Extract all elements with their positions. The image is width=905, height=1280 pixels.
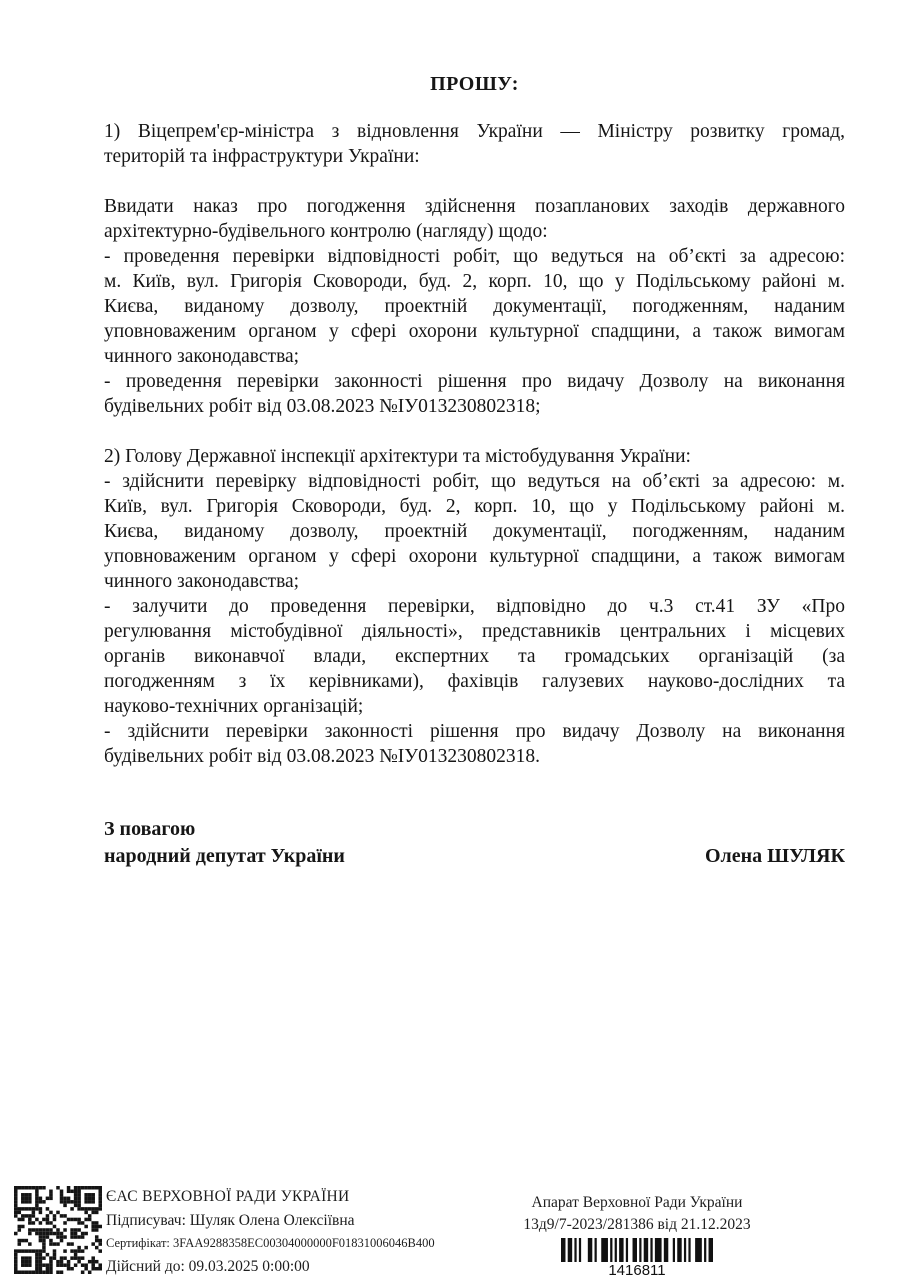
paragraph-permit-legality: - проведення перевірки законності рішенн… [104,369,845,419]
registration-number: 13д9/7-2023/281386 від 21.12.2023 [512,1214,762,1236]
paragraph-order-request: Ввидати наказ про погодження здійснення … [104,194,845,244]
text-line: чинного законодавства; [104,344,845,369]
text-line: уповноваженим органом у сфері охорони ку… [104,544,845,569]
text-line: науково-технічних організацій; [104,694,845,719]
registration-stamp: Апарат Верховної Ради України 13д9/7-202… [512,1192,762,1280]
signature-name: Олена ШУЛЯК [705,843,845,870]
text-line: архітектурно-будівельного контролю (нагл… [104,219,845,244]
paragraph-involve-experts: - залучити до проведення перевірки, відп… [104,594,845,719]
text-line: територій та інфраструктури України: [104,144,845,169]
signature-block: З повагою народний депутат України Олена… [104,816,845,870]
text-line: 1) Віцепрем'єр-міністра з відновлення Ук… [104,119,845,144]
paragraph-inspection-works-2: - здійснити перевірку відповідності робі… [104,469,845,594]
text-line: будівельних робіт від 03.08.2023 №ІУ0132… [104,744,845,769]
document-page: ПРОШУ: 1) Віцепрем'єр-міністра з відновл… [0,0,905,1280]
text-line: уповноваженим органом у сфері охорони ку… [104,319,845,344]
paragraph-addressee-1: 1) Віцепрем'єр-міністра з відновлення Ук… [104,119,845,169]
text-line: Києва, виданому дозволу, проектній докум… [104,294,845,319]
text-line: Ввидати наказ про погодження здійснення … [104,194,845,219]
text-line: регулювання містобудівної діяльності», п… [104,619,845,644]
signature-certificate: Сертифікат: 3FAA9288358EC00304000000F018… [106,1234,435,1252]
signature-signer: Підписувач: Шуляк Олена Олексіївна [106,1212,435,1230]
text-line: Києва, виданому дозволу, проектній докум… [104,519,845,544]
text-line: - залучити до проведення перевірки, відп… [104,594,845,619]
text-line: - проведення перевірки відповідності роб… [104,244,845,269]
text-line: Київ, вул. Григорія Сковороди, буд. 2, к… [104,494,845,519]
text-line: чинного законодавства; [104,569,845,594]
registration-office: Апарат Верховної Ради України [512,1192,762,1214]
signature-closing: З повагою [104,816,845,843]
signature-system-name: ЄАС ВЕРХОВНОЇ РАДИ УКРАЇНИ [106,1188,435,1206]
qr-code-icon [14,1186,102,1274]
text-line: - здійснити перевірки законності рішення… [104,719,845,744]
text-line: будівельних робіт від 03.08.2023 №ІУ0132… [104,394,845,419]
signature-valid-until: Дійсний до: 09.03.2025 0:00:00 [106,1258,435,1276]
signature-role: народний депутат України [104,843,345,870]
barcode-icon [561,1238,713,1262]
digital-signature-stamp: ЄАС ВЕРХОВНОЇ РАДИ УКРАЇНИ Підписувач: Ш… [106,1188,435,1276]
signature-row: народний депутат України Олена ШУЛЯК [104,843,845,870]
barcode-number: 1416811 [512,1262,762,1280]
paragraph-addressee-2: 2) Голову Державної інспекції архітектур… [104,444,845,469]
document-title: ПРОШУ: [104,72,845,97]
document-body: ПРОШУ: 1) Віцепрем'єр-міністра з відновл… [104,0,845,870]
text-line: погодженням з їх керівниками), фахівців … [104,669,845,694]
paragraph-permit-legality-2: - здійснити перевірки законності рішення… [104,719,845,769]
text-line: органів виконавчої влади, експертних та … [104,644,845,669]
text-line: м. Київ, вул. Григорія Сковороди, буд. 2… [104,269,845,294]
text-line: - проведення перевірки законності рішенн… [104,369,845,394]
paragraph-inspection-works: - проведення перевірки відповідності роб… [104,244,845,369]
text-line: 2) Голову Державної інспекції архітектур… [104,444,845,469]
text-line: - здійснити перевірку відповідності робі… [104,469,845,494]
